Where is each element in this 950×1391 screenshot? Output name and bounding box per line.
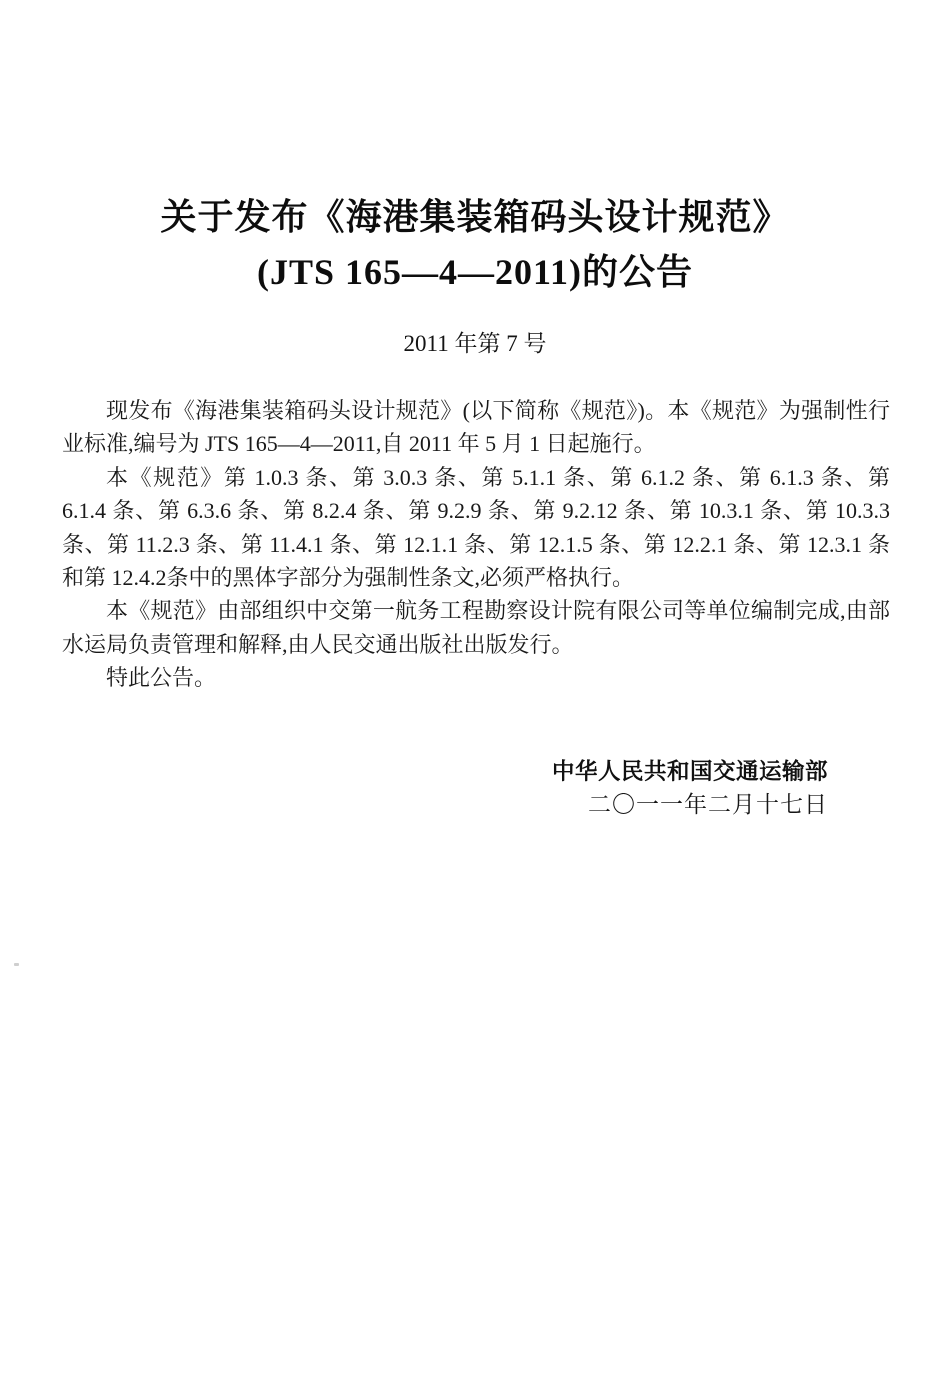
document-title-line1: 关于发布《海港集装箱码头设计规范》 — [0, 190, 950, 245]
document-title-line2: (JTS 165—4—2011)的公告 — [0, 245, 950, 300]
document-number: 2011 年第 7 号 — [0, 329, 950, 359]
paragraph-management: 本《规范》由部组织中交第一航务工程勘察设计院有限公司等单位编制完成,由部水运局负… — [62, 594, 890, 661]
scan-artifact-speck — [14, 963, 19, 966]
document-body: 现发布《海港集装箱码头设计规范》(以下简称《规范》)。本《规范》为强制性行业标准… — [62, 394, 890, 695]
signature-block: 中华人民共和国交通运输部 二〇一一年二月十七日 — [62, 755, 890, 822]
paragraph-closing: 特此公告。 — [62, 661, 890, 694]
paragraph-publication: 现发布《海港集装箱码头设计规范》(以下简称《规范》)。本《规范》为强制性行业标准… — [62, 394, 890, 461]
signature-issuer: 中华人民共和国交通运输部 — [62, 755, 828, 788]
document-title: 关于发布《海港集装箱码头设计规范》 (JTS 165—4—2011)的公告 — [0, 190, 950, 300]
signature-date: 二〇一一年二月十七日 — [62, 788, 828, 822]
document-page: 关于发布《海港集装箱码头设计规范》 (JTS 165—4—2011)的公告 20… — [0, 0, 950, 1391]
paragraph-mandatory-clauses: 本《规范》第 1.0.3 条、第 3.0.3 条、第 5.1.1 条、第 6.1… — [62, 461, 890, 595]
